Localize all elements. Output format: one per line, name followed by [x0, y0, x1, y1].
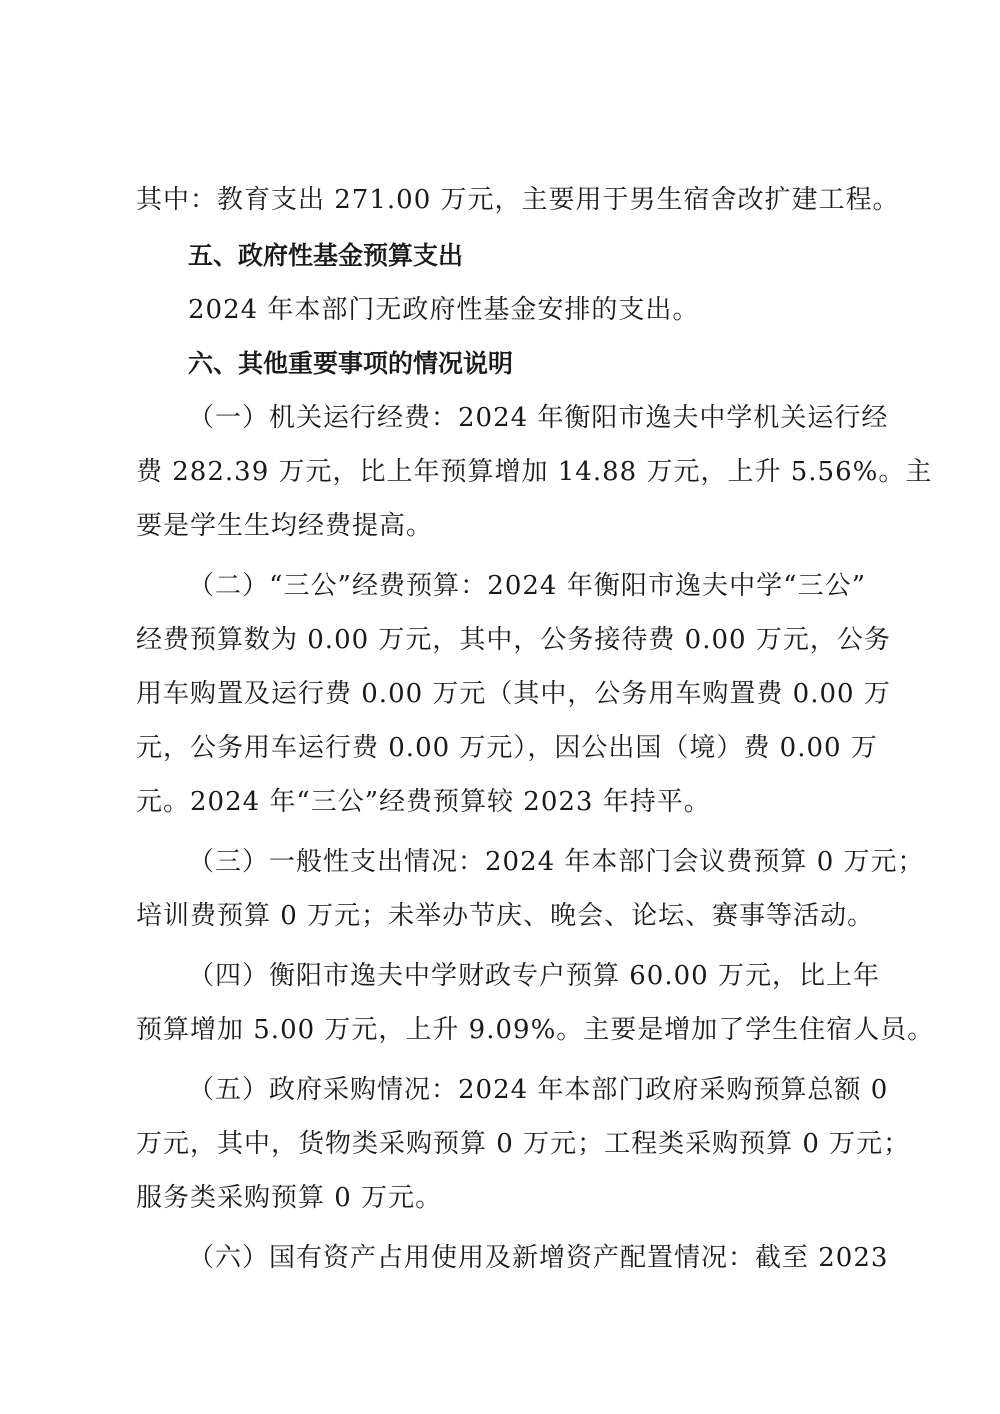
paragraph-three-public-line-3: 用车购置及运行费 0.00 万元（其中，公务用车购置费 0.00 万: [136, 674, 866, 714]
paragraph-operating-expense-line-3: 要是学生生均经费提高。: [136, 506, 433, 546]
paragraph-procurement-line-2: 万元，其中，货物类采购预算 0 万元；工程类采购预算 0 万元；: [136, 1124, 866, 1164]
paragraph-general-expense-line-1: （三）一般性支出情况：2024 年本部门会议费预算 0 万元；: [188, 842, 866, 882]
section-heading-government-fund: 五、政府性基金预算支出: [188, 236, 463, 276]
body-line-education-expense: 其中：教育支出 271.00 万元，主要用于男生宿舍改扩建工程。: [136, 180, 866, 220]
paragraph-general-expense-line-2: 培训费预算 0 万元；未举办节庆、晚会、论坛、赛事等活动。: [136, 896, 866, 936]
paragraph-procurement-line-1: （五）政府采购情况：2024 年本部门政府采购预算总额 0: [188, 1070, 866, 1110]
paragraph-three-public-line-5: 元。2024 年“三公”经费预算较 2023 年持平。: [136, 782, 711, 822]
paragraph-procurement-line-3: 服务类采购预算 0 万元。: [136, 1178, 442, 1218]
paragraph-three-public-line-4: 元，公务用车运行费 0.00 万元），因公出国（境）费 0.00 万: [136, 728, 866, 768]
paragraph-three-public-line-1: （二）“三公”经费预算：2024 年衡阳市逸夫中学“三公”: [188, 566, 866, 606]
paragraph-state-assets-line-1: （六）国有资产占用使用及新增资产配置情况：截至 2023: [188, 1238, 866, 1278]
paragraph-three-public-line-2: 经费预算数为 0.00 万元，其中，公务接待费 0.00 万元，公务: [136, 620, 866, 660]
body-line-no-fund-expense: 2024 年本部门无政府性基金安排的支出。: [188, 290, 699, 330]
paragraph-operating-expense-line-1: （一）机关运行经费：2024 年衡阳市逸夫中学机关运行经: [188, 398, 866, 438]
paragraph-special-account-line-1: （四）衡阳市逸夫中学财政专户预算 60.00 万元，比上年: [188, 956, 866, 996]
paragraph-special-account-line-2: 预算增加 5.00 万元，上升 9.09%。主要是增加了学生住宿人员。: [136, 1010, 866, 1050]
paragraph-operating-expense-line-2: 费 282.39 万元，比上年预算增加 14.88 万元，上升 5.56%。主: [136, 452, 866, 492]
section-heading-other-matters: 六、其他重要事项的情况说明: [188, 344, 513, 384]
